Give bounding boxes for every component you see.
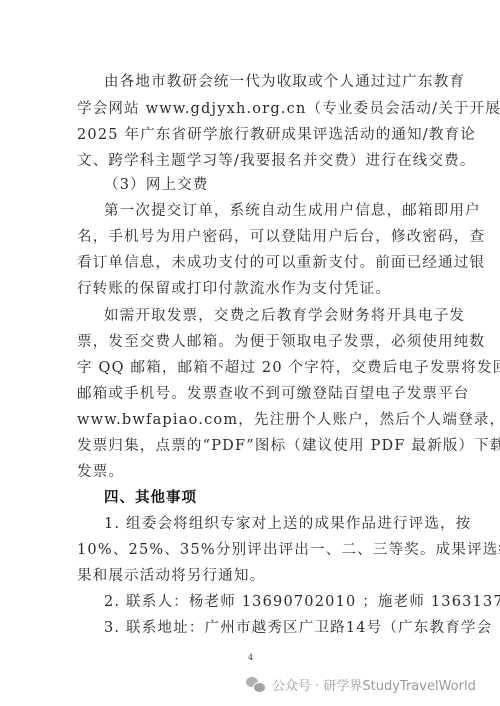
paragraph-line: 字 QQ 邮箱，邮箱不超过 20 个字符，交费后电子发票将发回 <box>77 358 427 378</box>
wechat-icon <box>246 677 266 693</box>
paragraph-line: 第一次提交订单，系统自动生成用户信息，邮箱即用户 <box>104 201 454 221</box>
section-subheading: （3）网上交费 <box>104 175 454 195</box>
paragraph-line: 如需开取发票，交费之后教育学会财务将开具电子发 <box>104 306 454 326</box>
paragraph-line: 邮箱或手机号。发票查收不到可缴登陆百望电子发票平台 <box>77 384 427 404</box>
paragraph-line: 发票。 <box>77 462 427 482</box>
document-page: 由各地市教研会统一代为收取或个人通过过广东教育 学会网站 www.gdjyxh.… <box>0 0 500 706</box>
contact-line: 2. 联系人：杨老师 13690702010 ；施老师 13631373959 <box>104 592 454 612</box>
paragraph-line: www.bwfapiao.com，先注册个人账户，然后个人端登录，点 <box>77 410 427 430</box>
paragraph-line: 学会网站 www.gdjyxh.org.cn（专业委员会活动/关于开展 <box>77 99 427 119</box>
paragraph-line: 名，手机号为用户密码，可以登陆用户后台，修改密码，查 <box>77 227 427 247</box>
watermark-text: 公众号 · 研学界StudyTravelWorld <box>272 675 476 694</box>
paragraph-line: 发票归集，点票的“PDF”图标（建议使用 PDF 最新版）下载 <box>77 436 427 456</box>
paragraph-line: 文、跨学科主题学习等/我要报名并交费）进行在线交费。 <box>77 151 427 171</box>
address-line: 3. 联系地址：广州市越秀区广卫路14号（广东教育学会 <box>104 618 454 638</box>
paragraph-line: 果和展示活动将另行通知。 <box>77 566 427 586</box>
paragraph-line: 2025 年广东省研学旅行教研成果评选活动的通知/教育论 <box>77 125 427 145</box>
paragraph-line: 看订单信息，未成功支付的可以重新支付。前面已经通过银 <box>77 253 427 273</box>
page-number: 4 <box>248 653 253 662</box>
paragraph-line: 10%、25%、35%分别评出评出一、二、三等奖。成果评选结 <box>77 540 427 560</box>
paragraph-line: 行转账的保留或打印付款流水作为支付凭证。 <box>77 279 427 299</box>
watermark: 公众号 · 研学界StudyTravelWorld <box>246 675 476 694</box>
paragraph-line: 票，发至交费人邮箱。为便于领取电子发票，必须使用纯数 <box>77 332 427 352</box>
paragraph-line: 由各地市教研会统一代为收取或个人通过过广东教育 <box>104 72 454 92</box>
section-heading: 四、其他事项 <box>104 488 454 508</box>
paragraph-line: 1. 组委会将组织专家对上送的成果作品进行评选，按 <box>104 514 454 534</box>
